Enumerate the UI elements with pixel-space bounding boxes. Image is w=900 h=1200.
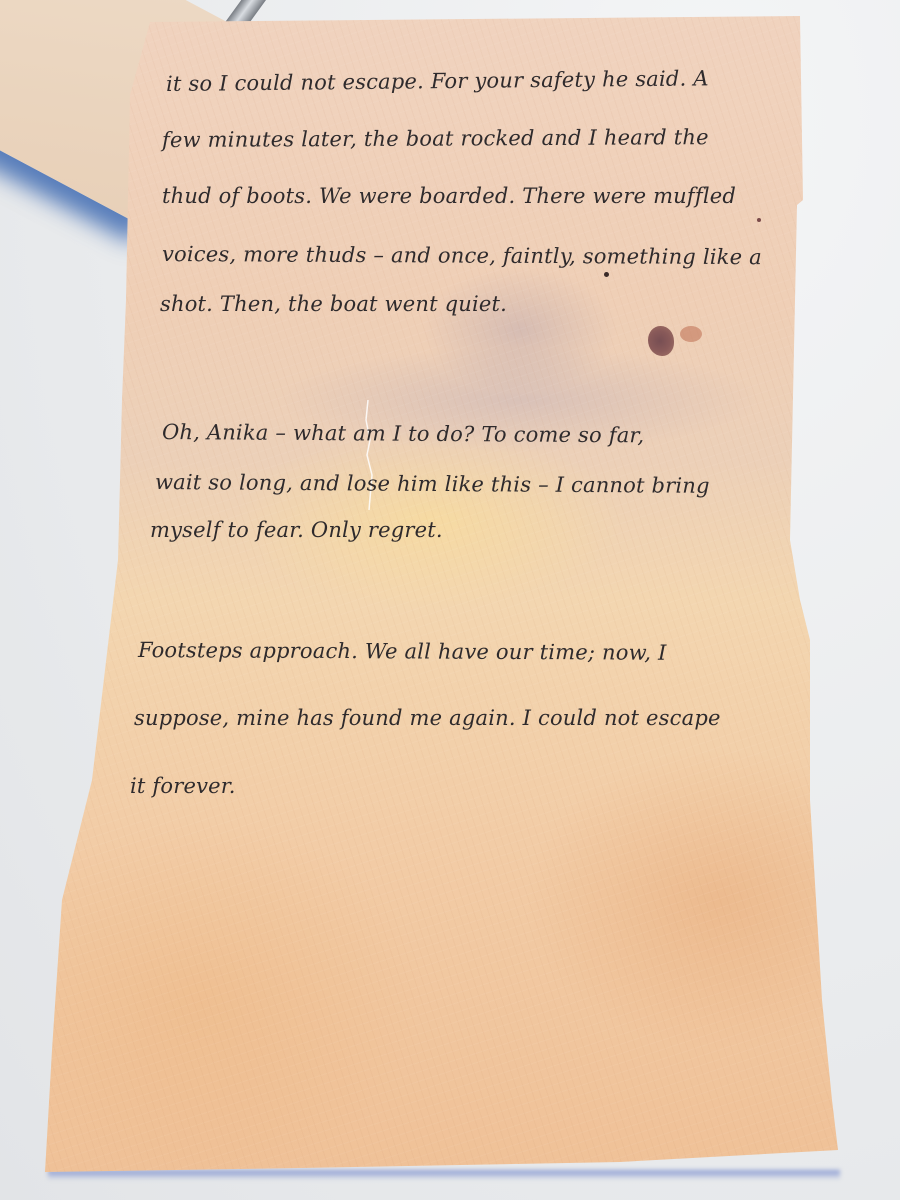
letter-line: Footsteps approach. We all have our time… bbox=[138, 638, 667, 665]
letter-line: it so I could not escape. For your safet… bbox=[166, 66, 709, 96]
letter-line: voices, more thuds – and once, faintly, … bbox=[162, 242, 762, 269]
letter-line: Oh, Anika – what am I to do? To come so … bbox=[162, 420, 644, 447]
letter-line: wait so long, and lose him like this – I… bbox=[155, 470, 710, 498]
letter-line: myself to fear. Only regret. bbox=[150, 518, 443, 542]
letter-line: thud of boots. We were boarded. There we… bbox=[162, 184, 736, 208]
letter-line: it forever. bbox=[130, 774, 236, 798]
letter-text: it so I could not escape. For your safet… bbox=[0, 0, 900, 1200]
letter-line: shot. Then, the boat went quiet. bbox=[160, 292, 507, 316]
letter-line: few minutes later, the boat rocked and I… bbox=[162, 125, 709, 152]
letter-line: suppose, mine has found me again. I coul… bbox=[134, 706, 721, 730]
